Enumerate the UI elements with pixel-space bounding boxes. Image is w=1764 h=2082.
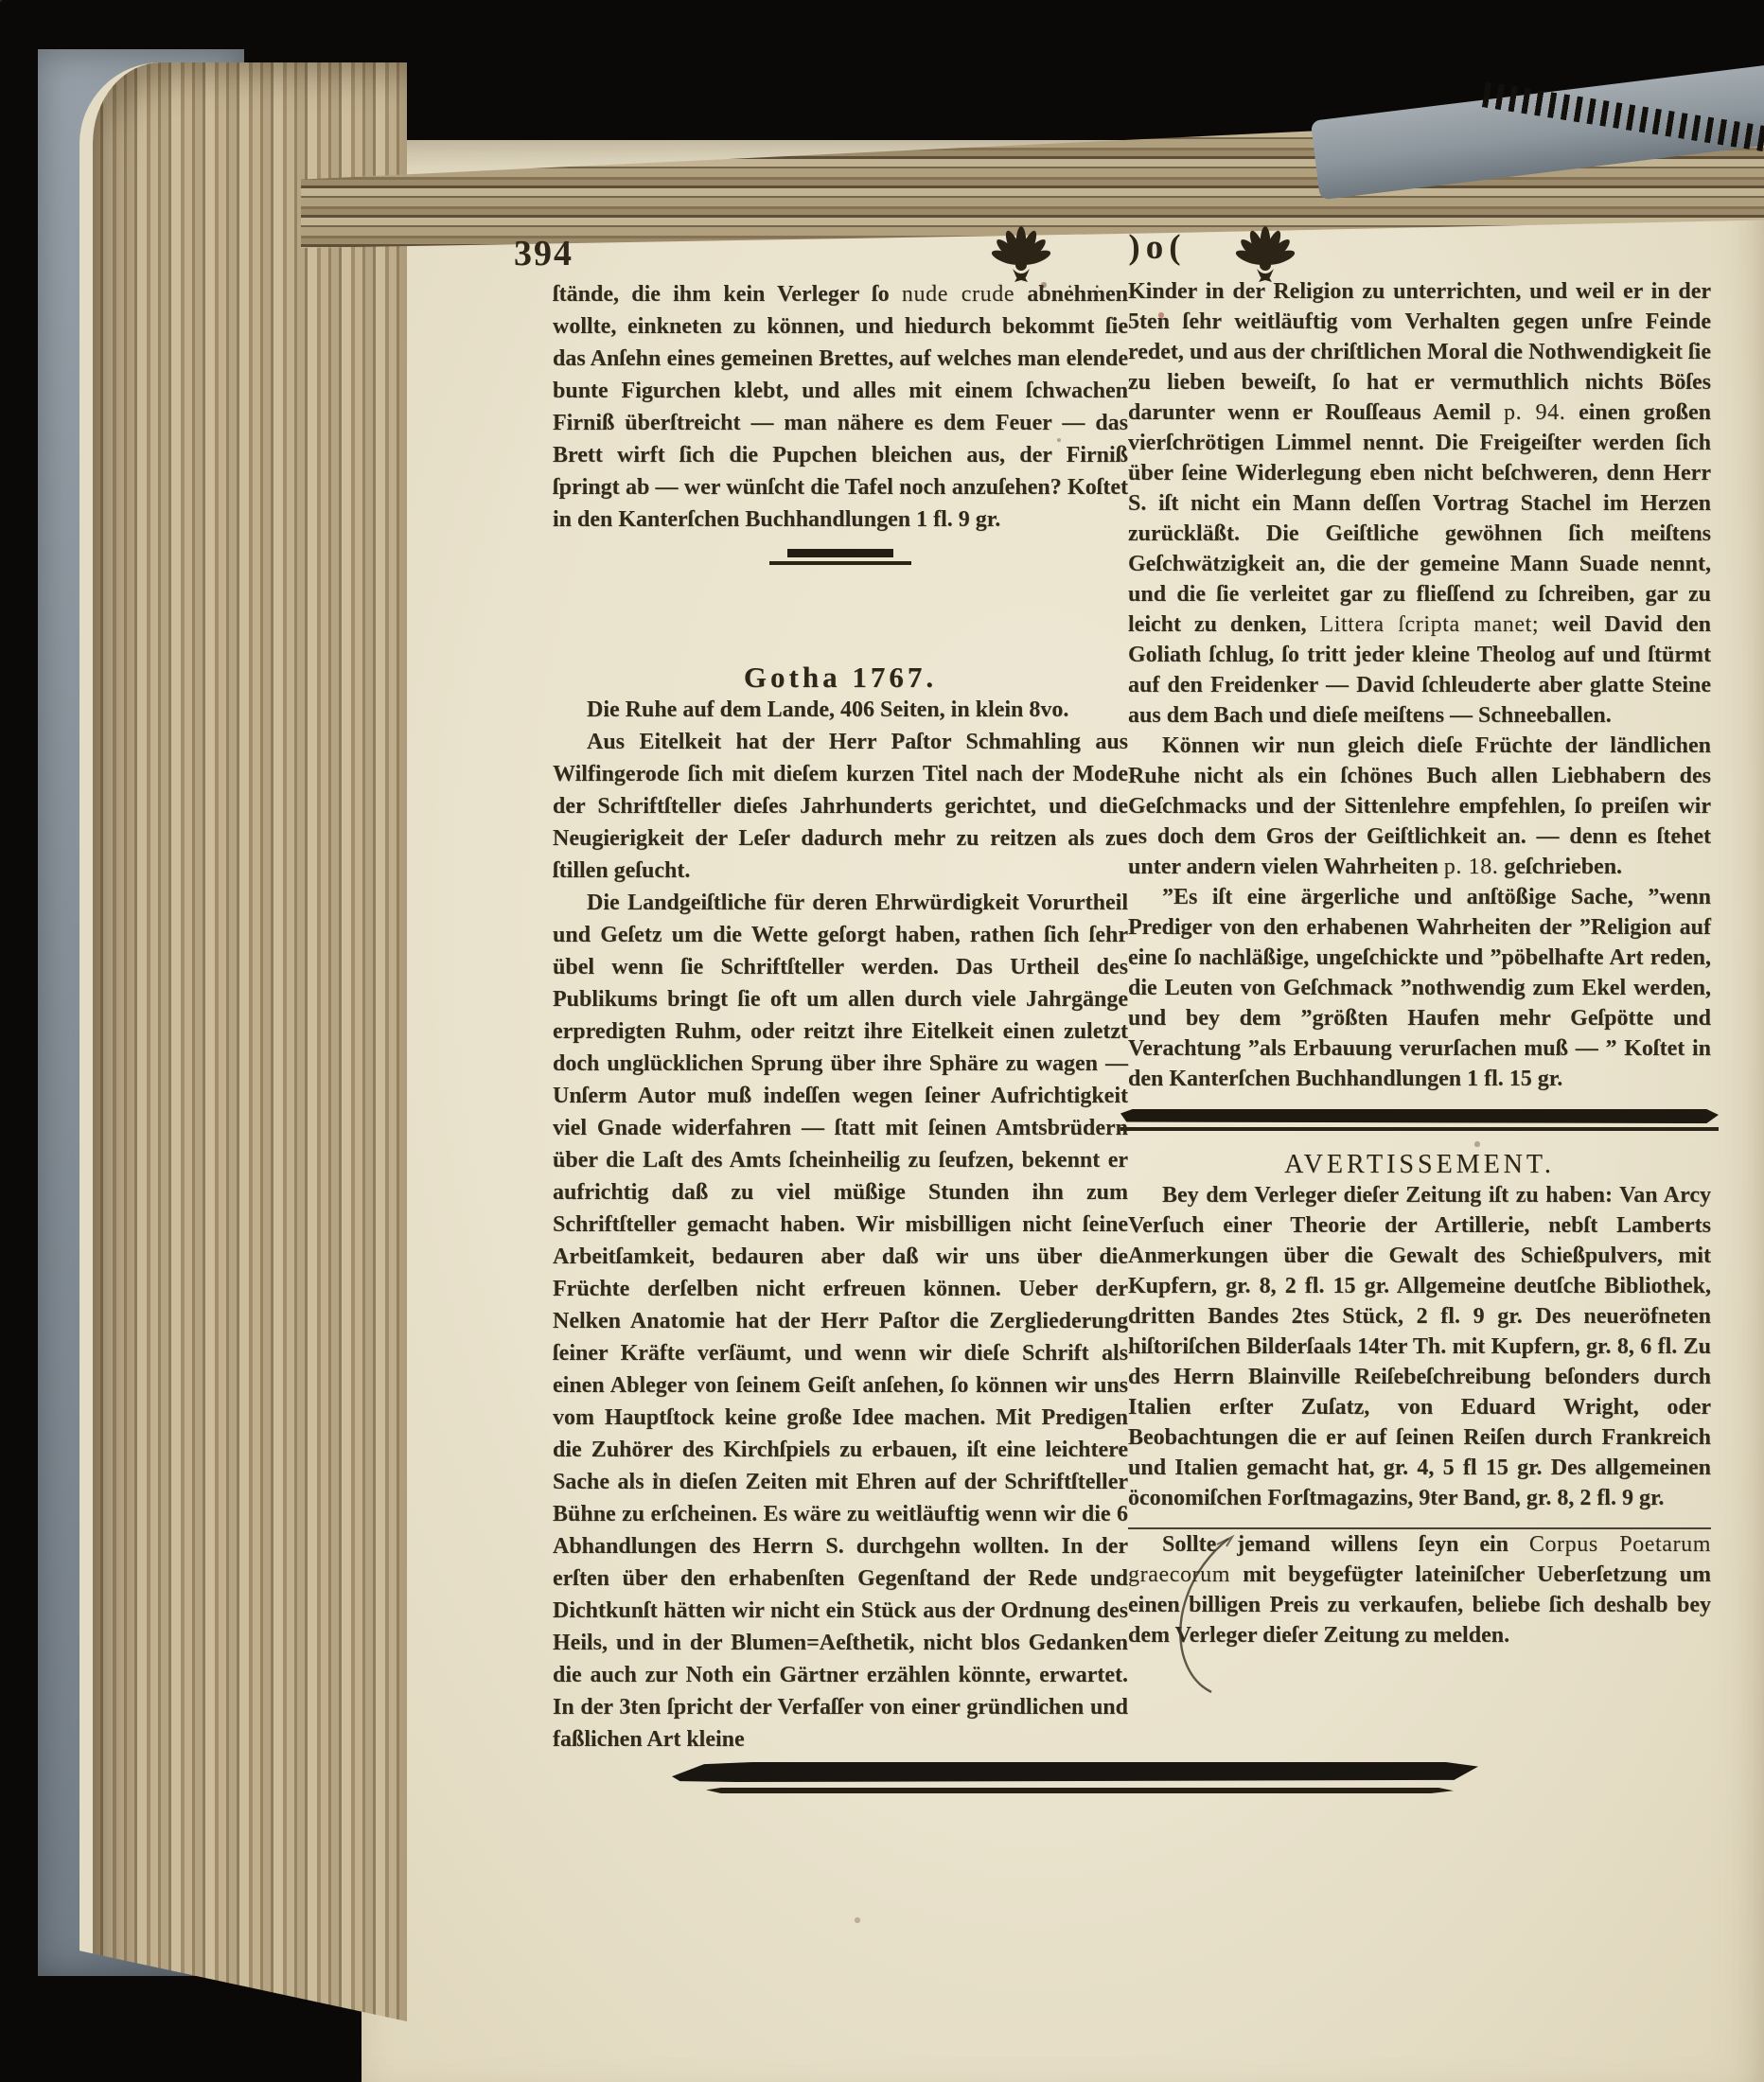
printer-mark: )o( [1096,227,1219,268]
gotha-heading: Gotha 1767. [553,662,1128,694]
paragraph: ſtände, die ihm kein Verleger ſo nude cr… [553,278,1128,536]
paragraph: Die Landgeiſtliche für deren Ehrwürdigke… [553,887,1128,1756]
paragraph: Bey dem Verleger dieſer Zeitung iſt zu h… [1128,1180,1711,1513]
right-column: Kinder in der Religion zu unterrichten, … [1128,276,1711,1650]
left-column: ſtände, die ihm kein Verleger ſo nude cr… [553,278,1128,1756]
bottom-rule [672,1762,1478,1802]
paper-specks [0,0,2,2]
book-title-line: Die Ruhe auf dem Lande, 406 Seiten, in k… [553,694,1128,726]
avertissement-heading: AVERTISSEMENT. [1128,1150,1711,1180]
ink-mark [1162,1531,1266,1702]
section-rule [1120,1109,1719,1131]
section-divider [769,549,911,565]
page-stack-left-edge [79,62,407,2082]
page-number: 394 [514,233,573,274]
paragraph: Kinder in der Religion zu unterrichten, … [1128,276,1711,731]
quoted-paragraph: ”Es iſt eine ärgerliche und anſtößige Sa… [1128,882,1711,1094]
paragraph: Können wir nun gleich dieſe Früchte der … [1128,731,1711,882]
scanned-book-page: 394 )o( · · · [0,0,1764,2082]
paragraph: Aus Eitelkeit hat der Herr Paſtor Schmah… [553,726,1128,887]
